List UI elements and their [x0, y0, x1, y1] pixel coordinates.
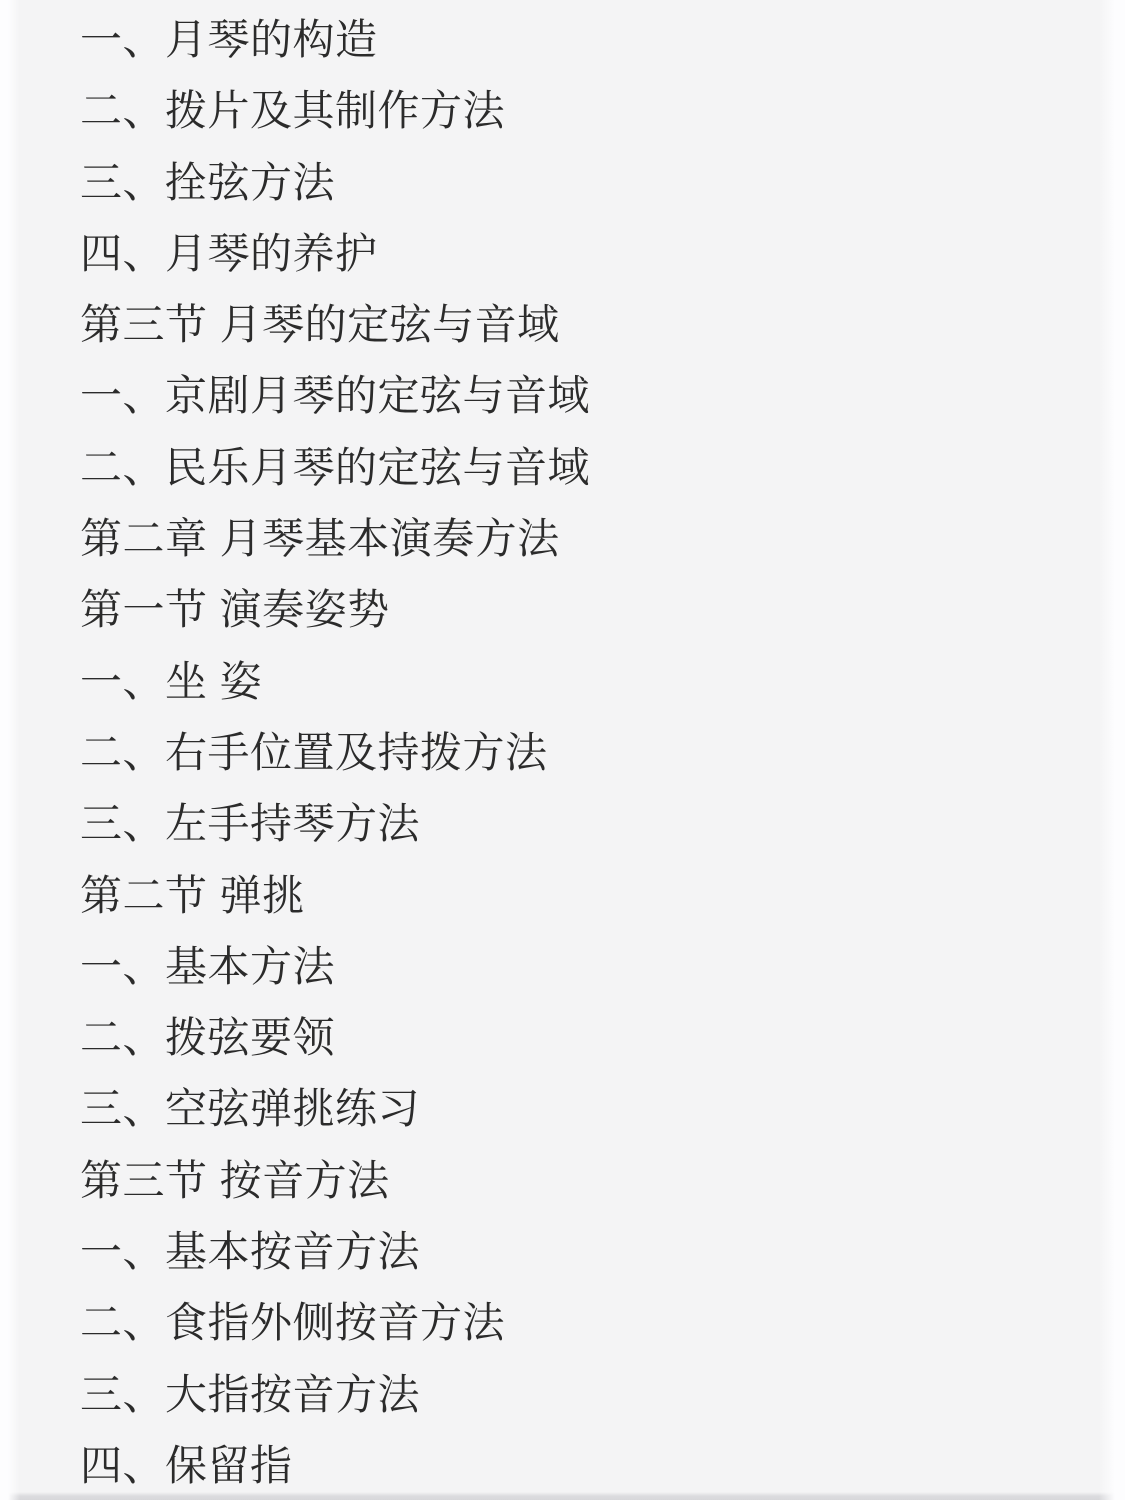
toc-line-item: 一、京剧月琴的定弦与音域: [80, 360, 1085, 431]
toc-line-section: 第三节 按音方法: [80, 1145, 1085, 1216]
toc-line-item: 三、空弦弹挑练习: [80, 1073, 1085, 1144]
toc-line-item: 二、拨片及其制作方法: [80, 75, 1085, 146]
toc-line-chapter: 第二章 月琴基本演奏方法: [80, 503, 1085, 574]
toc-line-item: 二、右手位置及持拨方法: [80, 717, 1085, 788]
toc-line-item: 一、基本按音方法: [80, 1216, 1085, 1287]
toc-line-section: 第二节 弹挑: [80, 860, 1085, 931]
toc-line-item: 一、坐 姿: [80, 646, 1085, 717]
toc-line-item: 三、拴弦方法: [80, 147, 1085, 218]
toc-line-item: 二、拨弦要领: [80, 1002, 1085, 1073]
toc-line-section: 第三节 月琴的定弦与音域: [80, 289, 1085, 360]
toc-line-item: 一、月琴的构造: [80, 4, 1085, 75]
table-of-contents: 一、月琴的构造 二、拨片及其制作方法 三、拴弦方法 四、月琴的养护 第三节 月琴…: [0, 4, 1125, 1500]
toc-line-section: 第一节 演奏姿势: [80, 574, 1085, 645]
toc-line-item: 一、基本方法: [80, 931, 1085, 1002]
toc-line-item: 三、左手持琴方法: [80, 788, 1085, 859]
toc-line-item: 二、民乐月琴的定弦与音域: [80, 432, 1085, 503]
toc-line-item: 二、食指外侧按音方法: [80, 1287, 1085, 1358]
ebook-page: 一、月琴的构造 二、拨片及其制作方法 三、拴弦方法 四、月琴的养护 第三节 月琴…: [0, 0, 1125, 1500]
toc-line-item: 四、月琴的养护: [80, 218, 1085, 289]
toc-line-item: 三、大指按音方法: [80, 1359, 1085, 1430]
toc-line-item: 四、保留指: [80, 1430, 1085, 1500]
